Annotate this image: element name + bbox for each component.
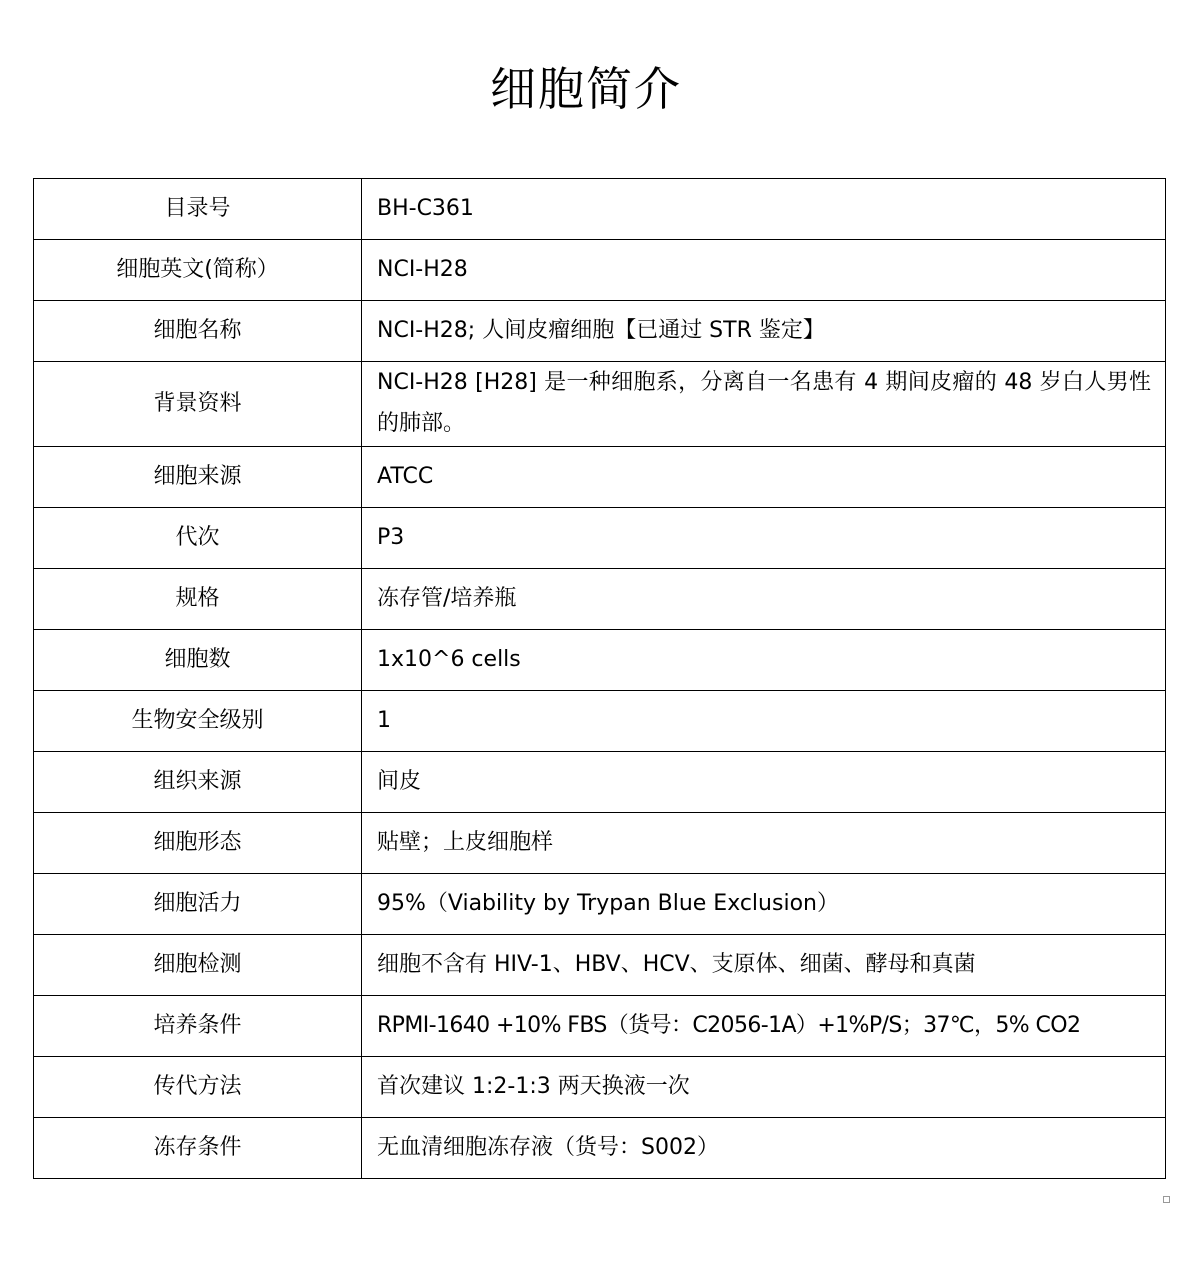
table-row-cell-count: 细胞数 1x10^6 cells (34, 630, 1166, 691)
table-row-source: 细胞来源 ATCC (34, 447, 1166, 508)
row-value: P3 (362, 508, 1166, 569)
table-row-culture-conditions: 培养条件 RPMI-1640 +10% FBS（货号：C2056-1A）+1%P… (34, 996, 1166, 1057)
row-value: 冻存管/培养瓶 (362, 569, 1166, 630)
row-value: 1x10^6 cells (362, 630, 1166, 691)
row-value: ATCC (362, 447, 1166, 508)
row-label: 生物安全级别 (34, 691, 362, 752)
row-label: 细胞名称 (34, 301, 362, 362)
row-value: NCI-H28; 人间皮瘤细胞【已通过 STR 鉴定】 (362, 301, 1166, 362)
row-label: 传代方法 (34, 1057, 362, 1118)
row-value: 95%（Viability by Trypan Blue Exclusion） (362, 874, 1166, 935)
row-value: 1 (362, 691, 1166, 752)
row-value: RPMI-1640 +10% FBS（货号：C2056-1A）+1%P/S；37… (362, 996, 1166, 1057)
row-value: 细胞不含有 HIV-1、HBV、HCV、支原体、细菌、酵母和真菌 (362, 935, 1166, 996)
row-value: 贴壁；上皮细胞样 (362, 813, 1166, 874)
page-title: 细胞简介 (0, 53, 1172, 119)
row-label: 培养条件 (34, 996, 362, 1057)
row-label: 细胞来源 (34, 447, 362, 508)
row-value: BH-C361 (362, 179, 1166, 240)
row-label: 细胞检测 (34, 935, 362, 996)
table-row-cryopreservation: 冻存条件 无血清细胞冻存液（货号：S002） (34, 1118, 1166, 1179)
row-label: 组织来源 (34, 752, 362, 813)
table-row-testing: 细胞检测 细胞不含有 HIV-1、HBV、HCV、支原体、细菌、酵母和真菌 (34, 935, 1166, 996)
row-label: 细胞形态 (34, 813, 362, 874)
table-row-tissue-source: 组织来源 间皮 (34, 752, 1166, 813)
row-value: NCI-H28 [H28] 是一种细胞系，分离自一名患有 4 期间皮瘤的 48 … (362, 362, 1166, 447)
table-row-specification: 规格 冻存管/培养瓶 (34, 569, 1166, 630)
table-row-subculture-method: 传代方法 首次建议 1:2-1:3 两天换液一次 (34, 1057, 1166, 1118)
cell-info-table: 目录号 BH-C361 细胞英文(简称） NCI-H28 细胞名称 NCI-H2… (33, 178, 1166, 1179)
table-end-marker (1163, 1196, 1170, 1203)
row-value: NCI-H28 (362, 240, 1166, 301)
row-label: 背景资料 (34, 362, 362, 447)
row-label: 细胞活力 (34, 874, 362, 935)
table-row-morphology: 细胞形态 贴壁；上皮细胞样 (34, 813, 1166, 874)
row-label: 细胞数 (34, 630, 362, 691)
table-row-english-name: 细胞英文(简称） NCI-H28 (34, 240, 1166, 301)
row-label: 代次 (34, 508, 362, 569)
table-row-catalog-number: 目录号 BH-C361 (34, 179, 1166, 240)
row-value: 无血清细胞冻存液（货号：S002） (362, 1118, 1166, 1179)
table-row-viability: 细胞活力 95%（Viability by Trypan Blue Exclus… (34, 874, 1166, 935)
row-label: 冻存条件 (34, 1118, 362, 1179)
table-row-cell-name: 细胞名称 NCI-H28; 人间皮瘤细胞【已通过 STR 鉴定】 (34, 301, 1166, 362)
table-row-passage: 代次 P3 (34, 508, 1166, 569)
row-value: 首次建议 1:2-1:3 两天换液一次 (362, 1057, 1166, 1118)
table-row-background: 背景资料 NCI-H28 [H28] 是一种细胞系，分离自一名患有 4 期间皮瘤… (34, 362, 1166, 447)
table-row-biosafety-level: 生物安全级别 1 (34, 691, 1166, 752)
row-label: 细胞英文(简称） (34, 240, 362, 301)
row-label: 目录号 (34, 179, 362, 240)
row-value: 间皮 (362, 752, 1166, 813)
row-label: 规格 (34, 569, 362, 630)
